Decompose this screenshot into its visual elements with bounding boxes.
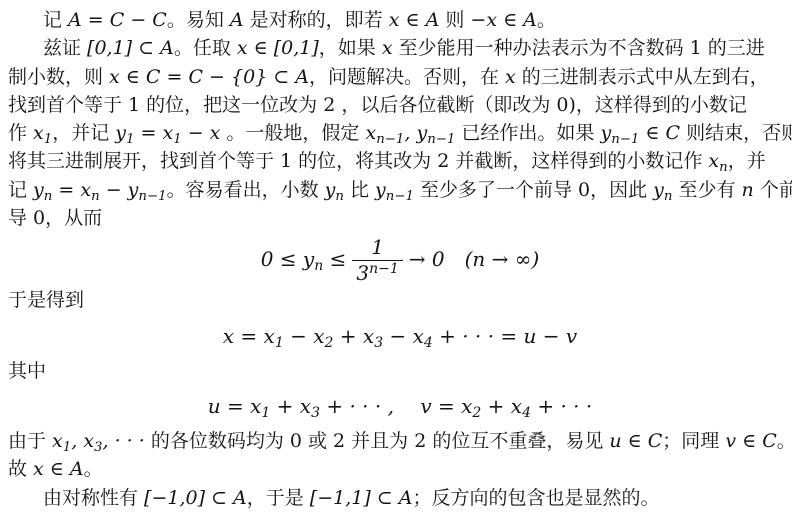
- text-run: ，并: [728, 150, 766, 172]
- text-run: 则结束，否则: [680, 122, 792, 144]
- math-run: A = C − C: [68, 9, 167, 31]
- text-run: 比: [344, 179, 375, 201]
- text-run: 找到首个等于 1 的位，把这一位改为 2 ，以后各位截断（即改为 0)，这样得到…: [8, 94, 747, 116]
- text-run: 。: [537, 9, 556, 31]
- math-run: xn−1, yn−1: [365, 122, 455, 144]
- fraction-numerator: 1: [352, 236, 402, 261]
- math-run: x1, x3, · · ·: [52, 430, 145, 452]
- math-run: yn: [653, 179, 672, 201]
- text-run: 由于: [8, 430, 52, 452]
- document-page: 记 A = C − C。易知 A 是对称的，即若 x ∈ A 则 −x ∈ A。…: [0, 0, 800, 519]
- math-run: u ∈ C: [609, 430, 662, 452]
- text-line: 由于 x1, x3, · · · 的各位数码均为 0 或 2 并且为 2 的位互…: [8, 427, 792, 455]
- math-run: [−1,1] ⊂ A: [310, 487, 413, 509]
- text-line: 制小数，则 x ∈ C = C − {0} ⊂ A，问题解决。否则，在 x 的三…: [8, 63, 792, 91]
- text-run: 。一般地，假定: [220, 122, 365, 144]
- text-line: 导 0，从而: [8, 204, 792, 232]
- text-run: 。: [777, 430, 792, 452]
- math-run: yn−1: [375, 179, 414, 201]
- text-run: 导 0，从而: [8, 207, 102, 229]
- text-run: 制小数，则: [8, 66, 109, 88]
- text-run: 将其三进制展开，找到首个等于 1 的位，将其改为 2 并截断，这样得到的小数记作: [8, 150, 708, 172]
- text-run: 已经作出。如果: [455, 122, 600, 144]
- text-run: 。容易看出，小数: [167, 179, 325, 201]
- text-run: 。易知: [167, 9, 230, 31]
- text-line: 其中: [8, 357, 792, 385]
- math-run: u = x1 + x3 + · · · , v = x2 + x4 + · · …: [208, 394, 593, 418]
- text-line: 于是得到: [8, 286, 792, 314]
- text-line: 故 x ∈ A。: [8, 455, 792, 483]
- text-run: ；同理: [662, 430, 725, 452]
- text-run: 故: [8, 458, 33, 480]
- text-line: 作 x1，并记 y1 = x1 − x 。一般地，假定 xn−1, yn−1 已…: [8, 119, 792, 147]
- math-run: xn: [708, 150, 727, 172]
- math-run: x: [505, 66, 516, 88]
- math-run: x ∈ C = C − {0} ⊂ A: [109, 66, 309, 88]
- math-run: [−1,0] ⊂ A: [144, 487, 247, 509]
- text-run: ，并记: [52, 122, 115, 144]
- text-run: 由对称性有: [43, 487, 144, 509]
- math-run: yn−1 ∈ C: [600, 122, 680, 144]
- display-formula: 0 ≤ yn ≤13n−1→ 0 (n → ∞): [8, 232, 792, 286]
- math-run: → 0 (n → ∞): [409, 247, 539, 271]
- text-line: 由对称性有 [−1,0] ⊂ A，于是 [−1,1] ⊂ A；反方向的包含也是显…: [8, 484, 792, 512]
- document-body: 记 A = C − C。易知 A 是对称的，即若 x ∈ A 则 −x ∈ A。…: [8, 6, 792, 512]
- math-run: x1: [33, 122, 52, 144]
- math-run: v ∈ C: [725, 430, 776, 452]
- text-run: 则: [439, 9, 470, 31]
- math-run: x ∈ [0,1]: [237, 37, 319, 59]
- text-run: 的各位数码均为 0 或 2 并且为 2 的位互不重叠，易见: [145, 430, 610, 452]
- text-run: 记: [8, 179, 33, 201]
- math-run: x: [382, 37, 393, 59]
- fraction: 13n−1: [352, 236, 402, 285]
- text-line: 找到首个等于 1 的位，把这一位改为 2 ，以后各位截断（即改为 0)，这样得到…: [8, 91, 792, 119]
- math-run: n: [742, 179, 754, 201]
- text-run: ，于是: [247, 487, 310, 509]
- text-run: 。: [84, 458, 103, 480]
- text-line: 记 A = C − C。易知 A 是对称的，即若 x ∈ A 则 −x ∈ A。: [8, 6, 792, 34]
- text-run: 个前: [754, 179, 792, 201]
- text-run: 的三进制表示式中从左到右，: [516, 66, 769, 88]
- math-run: A: [230, 9, 244, 31]
- text-run: ；反方向的包含也是显然的。: [412, 487, 659, 509]
- math-run: yn = xn − yn−1: [33, 179, 167, 201]
- text-run: ，如果: [319, 37, 382, 59]
- display-formula: u = x1 + x3 + · · · , v = x2 + x4 + · · …: [8, 385, 792, 427]
- fraction-denominator: 3n−1: [352, 261, 402, 285]
- text-line: 兹证 [0,1] ⊂ A。任取 x ∈ [0,1]，如果 x 至少能用一种办法表…: [8, 34, 792, 62]
- text-run: 至少有: [672, 179, 741, 201]
- text-run: 记: [43, 9, 68, 31]
- text-run: 至少多了一个前导 0，因此: [414, 179, 653, 201]
- text-line: 记 yn = xn − yn−1。容易看出，小数 yn 比 yn−1 至少多了一…: [8, 176, 792, 204]
- math-run: 0 ≤ yn ≤: [261, 247, 347, 271]
- text-line: 将其三进制展开，找到首个等于 1 的位，将其改为 2 并截断，这样得到的小数记作…: [8, 147, 792, 175]
- text-run: 兹证: [43, 37, 87, 59]
- text-run: 其中: [8, 360, 46, 382]
- math-run: y1 = x1 − x: [115, 122, 220, 144]
- text-run: 是对称的，即若: [244, 9, 389, 31]
- math-run: −x ∈ A: [470, 9, 537, 31]
- math-run: yn: [325, 179, 344, 201]
- display-formula: x = x1 − x2 + x3 − x4 + · · · = u − v: [8, 315, 792, 357]
- math-run: x = x1 − x2 + x3 − x4 + · · · = u − v: [223, 324, 577, 348]
- text-run: 。任取: [174, 37, 237, 59]
- text-run: 至少能用一种办法表示为不含数码 1 的三进: [393, 37, 765, 59]
- math-run: x ∈ A: [33, 458, 84, 480]
- math-run: x ∈ A: [389, 9, 440, 31]
- text-run: ，问题解决。否则，在: [309, 66, 505, 88]
- text-run: 作: [8, 122, 33, 144]
- math-run: [0,1] ⊂ A: [87, 37, 174, 59]
- text-run: 于是得到: [8, 289, 84, 311]
